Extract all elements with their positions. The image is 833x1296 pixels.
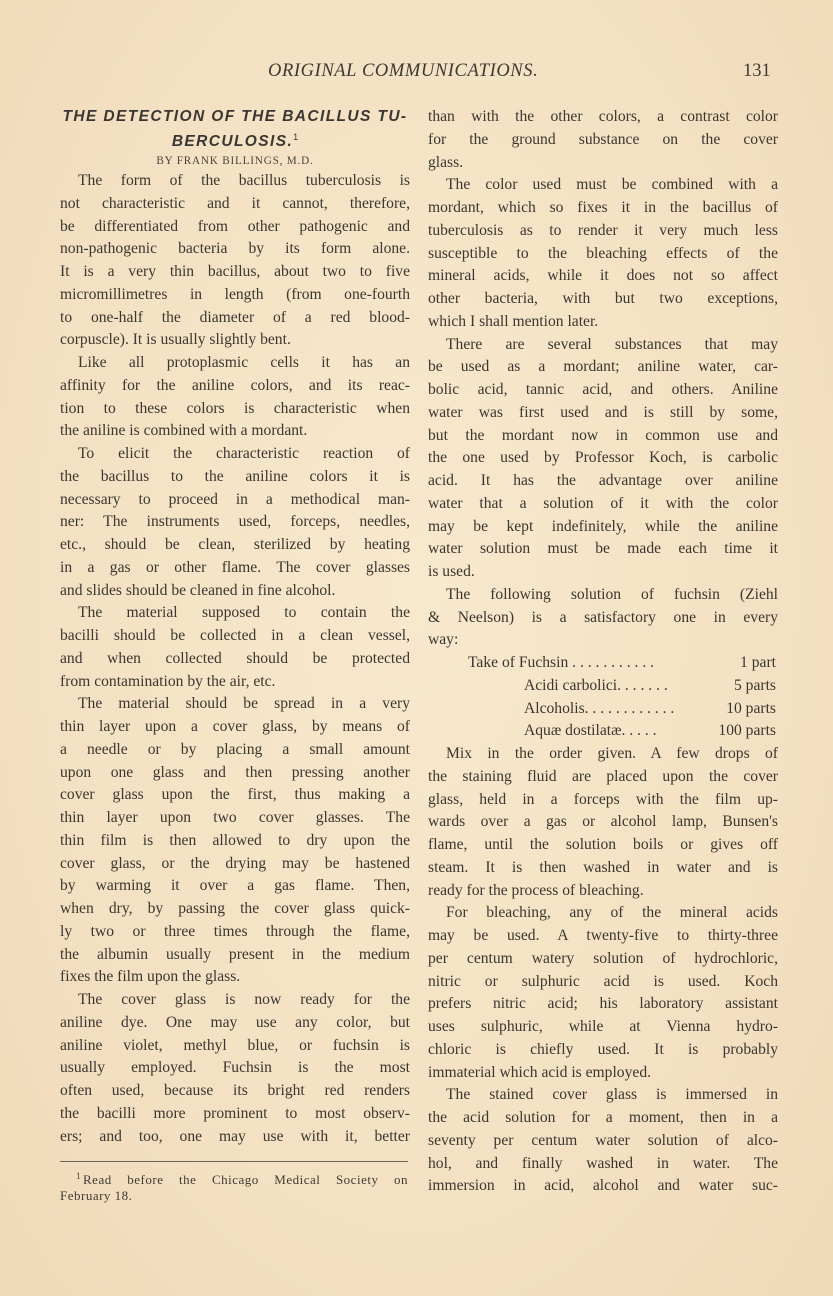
text-line: ready for the process of bleaching. bbox=[428, 880, 778, 903]
text-line: often used, because its bright red rende… bbox=[60, 1080, 410, 1103]
text-line: The material supposed to contain the bbox=[60, 602, 410, 625]
text-line: other bacteria, with but two exceptions, bbox=[428, 288, 778, 311]
recipe-ingredient: Aquæ dostilatæ. . . . . bbox=[524, 720, 657, 743]
text-line: not characteristic and it cannot, theref… bbox=[60, 193, 410, 216]
text-line: upon one glass and then pressing another bbox=[60, 762, 410, 785]
text-line: water solution must be made each time it bbox=[428, 538, 778, 561]
right-column-body-top: than with the other colors, a contrast c… bbox=[428, 106, 778, 652]
text-line: etc., should be clean, sterilized by hea… bbox=[60, 534, 410, 557]
text-line: the albumin usually present in the mediu… bbox=[60, 944, 410, 967]
text-line: usually employed. Fuchsin is the most bbox=[60, 1057, 410, 1080]
text-line: ers; and too, one may use with it, bette… bbox=[60, 1126, 410, 1149]
paragraph: There are several substances that maybe … bbox=[428, 334, 778, 584]
left-column-body: The form of the bacillus tuberculosis is… bbox=[60, 170, 410, 1148]
text-line: uses sulphuric, while at Vienna hydro- bbox=[428, 1016, 778, 1039]
text-line: glass. bbox=[428, 152, 778, 175]
text-line: cover glass, or the drying may be hasten… bbox=[60, 853, 410, 876]
text-line: It is a very thin bacillus, about two to… bbox=[60, 261, 410, 284]
journal-page: ORIGINAL COMMUNICATIONS. 131 THE DETECTI… bbox=[0, 0, 833, 1296]
paragraph: The material should be spread in a veryt… bbox=[60, 693, 410, 989]
text-line: the bacillus to the aniline colors it is bbox=[60, 466, 410, 489]
text-line: The material should be spread in a very bbox=[60, 693, 410, 716]
text-line: the one used by Professor Koch, is carbo… bbox=[428, 447, 778, 470]
text-line: bacilli should be collected in a clean v… bbox=[60, 625, 410, 648]
paragraph: The cover glass is now ready for theanil… bbox=[60, 989, 410, 1148]
text-line: seventy per centum water solution of alc… bbox=[428, 1130, 778, 1153]
text-line: ly two or three times through the flame, bbox=[60, 921, 410, 944]
recipe-row: Acidi carbolici. . . . . . .5 parts bbox=[428, 675, 778, 698]
text-line: than with the other colors, a contrast c… bbox=[428, 106, 778, 129]
text-line: hol, and finally washed in water. The bbox=[428, 1153, 778, 1176]
text-line: bolic acid, tannic acid, and others. Ani… bbox=[428, 379, 778, 402]
text-line: be used as a mordant; aniline water, car… bbox=[428, 356, 778, 379]
text-line: in a gas or other flame. The cover glass… bbox=[60, 557, 410, 580]
text-line: Like all protoplasmic cells it has an bbox=[60, 352, 410, 375]
left-column: THE DETECTION OF THE BACILLUS TU- BERCUL… bbox=[60, 106, 410, 1148]
text-line: and slides should be cleaned in fine alc… bbox=[60, 580, 410, 603]
paragraph: To elicit the characteristic reaction of… bbox=[60, 443, 410, 602]
paragraph: Mix in the order given. A few drops ofth… bbox=[428, 743, 778, 902]
recipe-quantity: 10 parts bbox=[726, 698, 776, 721]
text-line: Mix in the order given. A few drops of bbox=[428, 743, 778, 766]
text-line: acid. It has the advantage over aniline bbox=[428, 470, 778, 493]
footnote-divider bbox=[60, 1161, 408, 1162]
text-line: thin layer upon two cover glasses. The bbox=[60, 807, 410, 830]
text-line: aniline dye. One may use any color, but bbox=[60, 1012, 410, 1035]
text-line: nitric or sulphuric acid is used. Koch bbox=[428, 971, 778, 994]
text-line: the acid solution for a moment, then in … bbox=[428, 1107, 778, 1130]
footnote: 1Read before the Chicago Medical Society… bbox=[60, 1168, 408, 1204]
fuchsin-recipe: Take of Fuchsin . . . . . . . . . . .1 p… bbox=[428, 652, 778, 743]
recipe-ingredient: Alcoholis. . . . . . . . . . . . bbox=[524, 698, 674, 721]
text-line: The stained cover glass is immersed in bbox=[428, 1084, 778, 1107]
paragraph: The color used must be combined with amo… bbox=[428, 174, 778, 333]
text-line: For bleaching, any of the mineral acids bbox=[428, 902, 778, 925]
text-line: fixes the film upon the glass. bbox=[60, 966, 410, 989]
recipe-quantity: 100 parts bbox=[718, 720, 776, 743]
text-line: The form of the bacillus tuberculosis is bbox=[60, 170, 410, 193]
text-line: aniline violet, methyl blue, or fuchsin … bbox=[60, 1035, 410, 1058]
text-line: susceptible to the bleaching effects of … bbox=[428, 243, 778, 266]
text-line: thin layer upon a cover glass, by means … bbox=[60, 716, 410, 739]
text-line: to one-half the diameter of a red blood- bbox=[60, 307, 410, 330]
paragraph: For bleaching, any of the mineral acidsm… bbox=[428, 902, 778, 1084]
recipe-quantity: 1 part bbox=[740, 652, 776, 675]
text-line: tuberculosis as to render it very much l… bbox=[428, 220, 778, 243]
text-line: the aniline is combined with a mordant. bbox=[60, 420, 410, 443]
article-title-line-2: BERCULOSIS. bbox=[172, 133, 293, 150]
text-line: way: bbox=[428, 629, 778, 652]
text-line: may be kept indefinitely, while the anil… bbox=[428, 516, 778, 539]
recipe-row: Alcoholis. . . . . . . . . . . .10 parts bbox=[428, 698, 778, 721]
text-line: thin film is then allowed to dry upon th… bbox=[60, 830, 410, 853]
text-line: necessary to proceed in a methodical man… bbox=[60, 489, 410, 512]
paragraph: The form of the bacillus tuberculosis is… bbox=[60, 170, 410, 352]
text-line: The cover glass is now ready for the bbox=[60, 989, 410, 1012]
text-line: flame, until the solution boils or gives… bbox=[428, 834, 778, 857]
text-line: cover glass upon the first, thus making … bbox=[60, 784, 410, 807]
text-line: To elicit the characteristic reaction of bbox=[60, 443, 410, 466]
article-title-line-1: THE DETECTION OF THE BACILLUS TU- bbox=[63, 108, 408, 125]
text-line: mineral acids, while it does not so affe… bbox=[428, 265, 778, 288]
text-line: when dry, by passing the cover glass qui… bbox=[60, 898, 410, 921]
text-line: but the mordant now in common use and bbox=[428, 425, 778, 448]
text-line: per centum watery solution of hydrochlor… bbox=[428, 948, 778, 971]
paragraph: The following solution of fuchsin (Ziehl… bbox=[428, 584, 778, 652]
text-line: by warming it over a gas flame. Then, bbox=[60, 875, 410, 898]
text-line: the bacilli more prominent to most obser… bbox=[60, 1103, 410, 1126]
paragraph: than with the other colors, a contrast c… bbox=[428, 106, 778, 174]
text-line: from contamination by the air, etc. bbox=[60, 671, 410, 694]
recipe-row: Aquæ dostilatæ. . . . .100 parts bbox=[428, 720, 778, 743]
paragraph: The stained cover glass is immersed inth… bbox=[428, 1084, 778, 1198]
text-line: There are several substances that may bbox=[428, 334, 778, 357]
paragraph: Like all protoplasmic cells it has anaff… bbox=[60, 352, 410, 443]
text-line: tion to these colors is characteristic w… bbox=[60, 398, 410, 421]
text-line: for the ground substance on the cover bbox=[428, 129, 778, 152]
footnote-line-2: February 18. bbox=[60, 1188, 408, 1204]
text-line: and when collected should be protected bbox=[60, 648, 410, 671]
running-title: ORIGINAL COMMUNICATIONS. bbox=[268, 61, 538, 82]
text-line: is used. bbox=[428, 561, 778, 584]
text-line: water that a solution of it with the col… bbox=[428, 493, 778, 516]
text-line: which I shall mention later. bbox=[428, 311, 778, 334]
right-column-body-bottom: Mix in the order given. A few drops ofth… bbox=[428, 743, 778, 1198]
paragraph: The material supposed to contain thebaci… bbox=[60, 602, 410, 693]
text-line: & Neelson) is a satisfactory one in ever… bbox=[428, 607, 778, 630]
text-line: chloric is chiefly used. It is probably bbox=[428, 1039, 778, 1062]
text-line: immaterial which acid is employed. bbox=[428, 1062, 778, 1085]
text-line: glass, held in a forceps with the film u… bbox=[428, 789, 778, 812]
footnote-line-1: 1Read before the Chicago Medical Society… bbox=[60, 1168, 408, 1188]
text-line: corpuscle). It is usually slightly bent. bbox=[60, 329, 410, 352]
footnote-mark: 1 bbox=[76, 1171, 81, 1181]
text-line: water was first used and is still by som… bbox=[428, 402, 778, 425]
text-line: prefers nitric acid; his laboratory assi… bbox=[428, 993, 778, 1016]
text-line: non-pathogenic bacteria by its form alon… bbox=[60, 238, 410, 261]
text-line: be differentiated from other pathogenic … bbox=[60, 216, 410, 239]
recipe-quantity: 5 parts bbox=[734, 675, 776, 698]
title-footnote-mark: 1 bbox=[293, 132, 298, 142]
text-line: a needle or by placing a small amount bbox=[60, 739, 410, 762]
recipe-ingredient: Take of Fuchsin . . . . . . . . . . . bbox=[468, 652, 654, 675]
recipe-ingredient: Acidi carbolici. . . . . . . bbox=[524, 675, 668, 698]
article-title: THE DETECTION OF THE BACILLUS TU- BERCUL… bbox=[60, 106, 410, 152]
text-line: mordant, which so fixes it in the bacill… bbox=[428, 197, 778, 220]
right-column: than with the other colors, a contrast c… bbox=[428, 106, 778, 1198]
text-line: The following solution of fuchsin (Ziehl bbox=[428, 584, 778, 607]
text-line: The color used must be combined with a bbox=[428, 174, 778, 197]
text-line: immersion in acid, alcohol and water suc… bbox=[428, 1175, 778, 1198]
text-line: affinity for the aniline colors, and its… bbox=[60, 375, 410, 398]
recipe-row: Take of Fuchsin . . . . . . . . . . .1 p… bbox=[428, 652, 778, 675]
text-line: micromillimetres in length (from one-fou… bbox=[60, 284, 410, 307]
text-line: steam. It is then washed in water and is bbox=[428, 857, 778, 880]
text-line: wards over a gas or alcohol lamp, Bunsen… bbox=[428, 811, 778, 834]
text-line: ner: The instruments used, forceps, need… bbox=[60, 511, 410, 534]
page-number: 131 bbox=[743, 61, 771, 82]
byline: BY FRANK BILLINGS, M.D. bbox=[60, 152, 410, 170]
text-line: the staining fluid are placed upon the c… bbox=[428, 766, 778, 789]
running-head: ORIGINAL COMMUNICATIONS. 131 bbox=[0, 61, 833, 85]
text-line: may be used. A twenty-five to thirty-thr… bbox=[428, 925, 778, 948]
